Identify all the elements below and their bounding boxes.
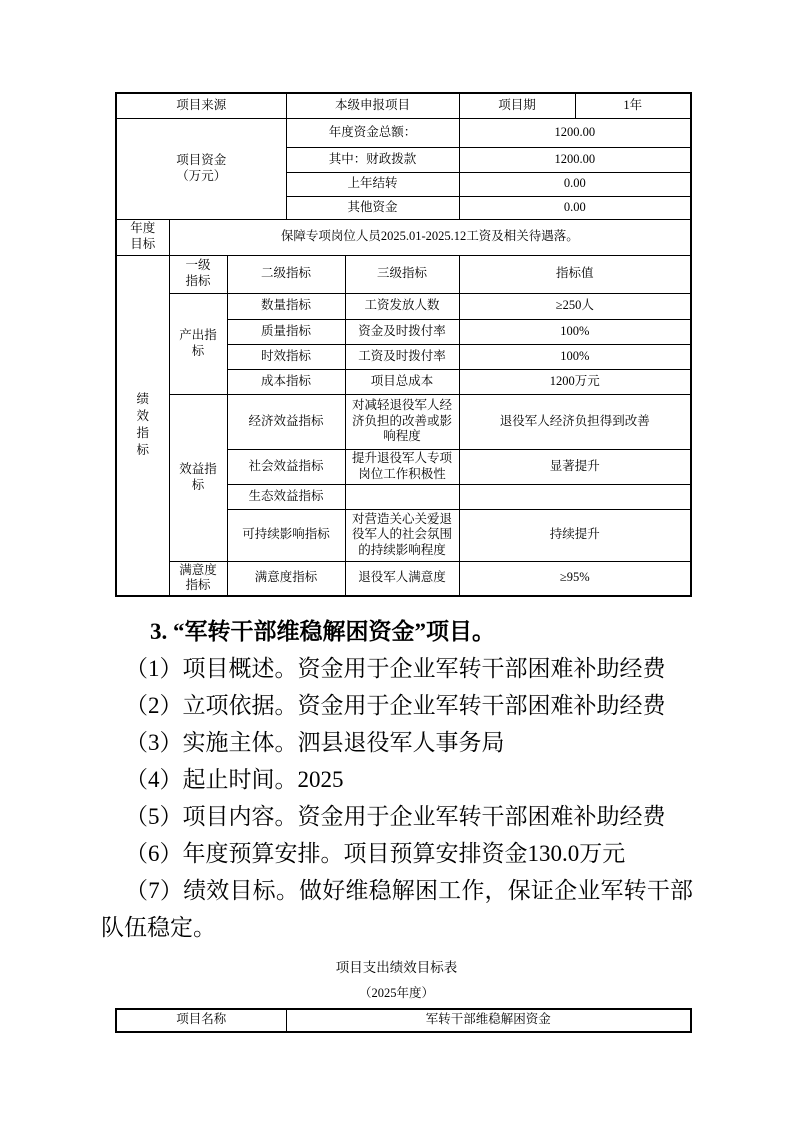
paragraph-1: （1）项目概述。资金用于企业军转干部困难补助经费 — [101, 650, 693, 687]
table-row: 项目资金 （万元） 年度资金总额： 1200.00 — [116, 118, 691, 147]
indicator-level3: 资金及时拨付率 — [345, 319, 459, 344]
project-funding-label: 项目资金 （万元） — [116, 118, 286, 219]
indicator-level3: 提升退役军人专项岗位工作积极性 — [345, 449, 459, 484]
indicator-level2: 满意度指标 — [227, 561, 345, 596]
project-name-label: 项目名称 — [116, 1009, 286, 1032]
group-satisfaction-label: 满意度 指标 — [169, 561, 227, 596]
project-period-value: 1年 — [575, 93, 691, 118]
table-row: 项目来源 本级申报项目 项目期 1年 — [116, 93, 691, 118]
indicator-level3: 对营造关心关爱退役军人的社会氛围的持续影响程度 — [345, 509, 459, 561]
funding-total-label: 年度资金总额： — [286, 118, 459, 147]
funding-carryover-value: 0.00 — [459, 172, 691, 196]
funding-carryover-label: 上年结转 — [286, 172, 459, 196]
indicator-level2: 质量指标 — [227, 319, 345, 344]
annual-goal-text: 保障专项岗位人员2025.01-2025.12工资及相关待遇落。 — [169, 219, 691, 255]
indicator-level3: 项目总成本 — [345, 369, 459, 394]
indicator-value: 持续提升 — [459, 509, 691, 561]
indicator-value: 100% — [459, 319, 691, 344]
indicator-value: 1200万元 — [459, 369, 691, 394]
table-row: 满意度 指标 满意度指标 退役军人满意度 ≥95% — [116, 561, 691, 596]
indicator-level2: 成本指标 — [227, 369, 345, 394]
indicator-level2: 时效指标 — [227, 344, 345, 369]
funding-fiscal-value: 1200.00 — [459, 147, 691, 172]
indicator-level3: 退役军人满意度 — [345, 561, 459, 596]
indicator-level2: 可持续影响指标 — [227, 509, 345, 561]
paragraph-3: （3）实施主体。泗县退役军人事务局 — [101, 724, 693, 761]
section-heading: 3. “军转干部维稳解困资金”项目。 — [101, 614, 693, 650]
table-row: 绩效指标 一级 指标 二级指标 三级指标 指标值 — [116, 255, 691, 293]
paragraph-4: （4）起止时间。2025 — [101, 761, 693, 798]
indicator-level3: 对减轻退役军人经济负担的改善或影响程度 — [345, 394, 459, 449]
paragraph-7: （7）绩效目标。做好维稳解困工作，保证企业军转干部队伍稳定。 — [101, 872, 693, 946]
indicator-value — [459, 484, 691, 509]
annual-goal-label: 年度 目标 — [116, 219, 169, 255]
table-row: 年度 目标 保障专项岗位人员2025.01-2025.12工资及相关待遇落。 — [116, 219, 691, 255]
funding-total-value: 1200.00 — [459, 118, 691, 147]
indicator-value: ≥250人 — [459, 293, 691, 319]
indicator-level3: 工资发放人数 — [345, 293, 459, 319]
target-table-title: 项目支出绩效目标表 — [0, 959, 793, 976]
section-3: 3. “军转干部维稳解困资金”项目。 （1）项目概述。资金用于企业军转干部困难补… — [101, 614, 693, 946]
project-period-label: 项目期 — [459, 93, 575, 118]
header-level1: 一级 指标 — [169, 255, 227, 293]
paragraph-5: （5）项目内容。资金用于企业军转干部困难补助经费 — [101, 798, 693, 835]
paragraph-6: （6）年度预算安排。项目预算安排资金130.0万元 — [101, 835, 693, 872]
paragraph-2: （2）立项依据。资金用于企业军转干部困难补助经费 — [101, 687, 693, 724]
indicator-level3: 工资及时拨付率 — [345, 344, 459, 369]
target-table: 项目名称 军转干部维稳解困资金 — [115, 1008, 692, 1033]
group-output-label: 产出指标 — [169, 293, 227, 394]
indicator-value: 退役军人经济负担得到改善 — [459, 394, 691, 449]
project-source-label: 项目来源 — [116, 93, 286, 118]
indicator-value: ≥95% — [459, 561, 691, 596]
indicator-level3 — [345, 484, 459, 509]
performance-side-label: 绩效指标 — [116, 255, 169, 596]
funding-other-label: 其他资金 — [286, 196, 459, 219]
indicator-value: 100% — [459, 344, 691, 369]
group-benefit-label: 效益指标 — [169, 394, 227, 561]
target-table-subtitle: （2025年度） — [0, 986, 793, 1001]
table-row: 产出指标 数量指标 工资发放人数 ≥250人 — [116, 293, 691, 319]
indicator-value: 显著提升 — [459, 449, 691, 484]
project-source-value: 本级申报项目 — [286, 93, 459, 118]
indicator-level2: 生态效益指标 — [227, 484, 345, 509]
indicator-level2: 数量指标 — [227, 293, 345, 319]
header-level3: 三级指标 — [345, 255, 459, 293]
indicator-level2: 社会效益指标 — [227, 449, 345, 484]
document-page: 项目来源 本级申报项目 项目期 1年 项目资金 （万元） 年度资金总额： 120… — [0, 0, 793, 1122]
indicator-level2: 经济效益指标 — [227, 394, 345, 449]
table-row: 效益指标 经济效益指标 对减轻退役军人经济负担的改善或影响程度 退役军人经济负担… — [116, 394, 691, 449]
header-level2: 二级指标 — [227, 255, 345, 293]
table-row: 项目名称 军转干部维稳解困资金 — [116, 1009, 691, 1032]
project-info-table: 项目来源 本级申报项目 项目期 1年 项目资金 （万元） 年度资金总额： 120… — [115, 92, 692, 597]
header-value: 指标值 — [459, 255, 691, 293]
project-name-value: 军转干部维稳解困资金 — [286, 1009, 691, 1032]
funding-fiscal-label: 其中：财政拨款 — [286, 147, 459, 172]
performance-side-label-text: 绩效指标 — [135, 391, 150, 459]
funding-other-value: 0.00 — [459, 196, 691, 219]
